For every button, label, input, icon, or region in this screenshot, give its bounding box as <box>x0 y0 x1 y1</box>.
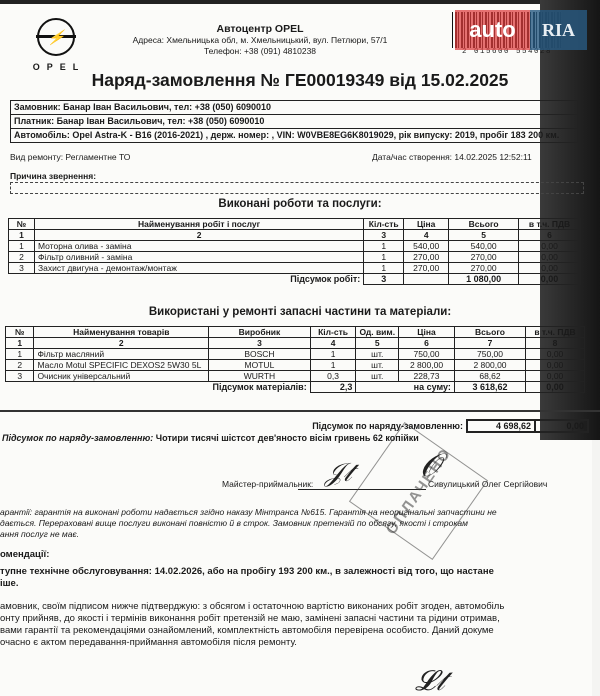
parts-row-cell: BOSCH <box>209 349 311 360</box>
parts-row-cell: 1 <box>310 360 356 371</box>
works-header-row: №Найменування робіт і послугКіл-стьЦінаВ… <box>9 219 581 230</box>
parts-header-row-cell: в т.ч. ПДВ <box>526 327 585 338</box>
works-row-cell: 0,00 <box>519 241 581 252</box>
master-label: Майстер-приймальник: <box>222 479 313 489</box>
watermark-auto: auto <box>455 10 530 50</box>
works-row-cell: Моторна олива - заміна <box>34 241 363 252</box>
works-row-cell: Фільтр оливний - заміна <box>34 252 363 263</box>
parts-header-row-cell: Найменування товарів <box>34 327 209 338</box>
works-header-row-cell: в т.ч. ПДВ <box>519 219 581 230</box>
recommendation-line: тупне технічне обслуговування: 14.02.202… <box>0 566 600 578</box>
document-title: Наряд-замовлення № ГЕ00019349 від 15.02.… <box>0 70 600 91</box>
parts-row-cell: 68,62 <box>454 371 525 382</box>
warranty-line: ання послуг не має. <box>0 529 600 540</box>
parts-sum-label: на суму: <box>356 382 455 393</box>
parts-colnum-row-cell: 5 <box>356 338 399 349</box>
works-total-qty: 3 <box>364 274 404 285</box>
works-header-row-cell: Ціна <box>404 219 449 230</box>
parts-section-title: Використані у ремонті запасні частини та… <box>0 306 600 318</box>
works-colnum-row-cell: 5 <box>449 230 519 241</box>
parts-total-qty: 2,3 <box>310 382 356 393</box>
grand-total-vat: 0,00 <box>535 420 588 432</box>
parts-row-cell: Фільтр масляний <box>34 349 209 360</box>
parts-colnum-row-cell: 4 <box>310 338 356 349</box>
reason-label: Причина звернення: <box>10 171 96 181</box>
parts-row-cell: 750,00 <box>454 349 525 360</box>
parts-row-cell: 2 800,00 <box>399 360 455 371</box>
parts-total-label: Підсумок матеріалів: <box>6 382 311 393</box>
parts-colnum-row-cell: 6 <box>399 338 455 349</box>
works-header-row-cell: Кіл-сть <box>364 219 404 230</box>
company-name: Автоцентр OPEL <box>100 24 420 35</box>
works-header-row-cell: № <box>9 219 35 230</box>
master-signature: 𝒥𝓉 <box>325 458 352 489</box>
works-row-cell: 540,00 <box>404 241 449 252</box>
parts-row-cell: 0,00 <box>526 349 585 360</box>
parts-row-cell: Очисник універсальний <box>34 371 209 382</box>
works-row: 1Моторна олива - заміна1540,00540,000,00 <box>9 241 581 252</box>
grand-total-sum: 4 698,62 <box>467 420 535 432</box>
works-colnum-row-cell: 4 <box>404 230 449 241</box>
works-row-cell: 540,00 <box>449 241 519 252</box>
parts-row-cell: MOTUL <box>209 360 311 371</box>
works-total-sum: 1 080,00 <box>449 274 519 285</box>
works-row-cell: 1 <box>9 241 35 252</box>
works-colnum-row-cell: 6 <box>519 230 581 241</box>
parts-header-row-cell: Ціна <box>399 327 455 338</box>
parts-row-cell: шт. <box>356 349 399 360</box>
works-row-cell: 270,00 <box>404 252 449 263</box>
works-colnum-row: 123456 <box>9 230 581 241</box>
works-colnum-row-cell: 3 <box>364 230 404 241</box>
confirmation-line: амовник, своїм підписом нижче підтверджу… <box>0 601 600 613</box>
parts-row-cell: 750,00 <box>399 349 455 360</box>
warranty-line: дається. Перераховані вище послуги викон… <box>0 518 600 529</box>
works-row: 3Захист двигуна - демонтаж/монтаж1270,00… <box>9 263 581 274</box>
works-row-cell: 1 <box>364 241 404 252</box>
stamp-signature: 𝒪 <box>420 446 440 485</box>
parts-row-cell: 2 <box>6 360 34 371</box>
parts-colnum-row-cell: 8 <box>526 338 585 349</box>
parts-colnum-row-cell: 7 <box>454 338 525 349</box>
total-in-words: Підсумок по наряду-замовленню: Чотири ти… <box>2 433 419 443</box>
customer-line: Замовник: Банар Іван Васильович, тел: +3… <box>11 101 577 115</box>
divider <box>0 410 600 412</box>
works-header-row-cell: Всього <box>449 219 519 230</box>
confirmation-line: вами гарантії та рекомендаціями ознайомл… <box>0 625 600 637</box>
parts-header-row: №Найменування товарівВиробникКіл-стьОд. … <box>6 327 585 338</box>
parts-row-cell: шт. <box>356 360 399 371</box>
works-row-cell: 0,00 <box>519 263 581 274</box>
company-header: Автоцентр OPEL Адреса: Хмельницька обл, … <box>100 24 420 57</box>
parts-colnum-row-cell: 1 <box>6 338 34 349</box>
opel-blitz-icon: ⚡ <box>37 18 75 56</box>
words-label: Підсумок по наряду-замовленню: <box>2 433 153 443</box>
parts-row-cell: 1 <box>6 349 34 360</box>
payer-line: Платник: Банар Іван Васильович, тел: +38… <box>11 115 577 129</box>
parts-row-cell: шт. <box>356 371 399 382</box>
parts-row: 1Фільтр маслянийBOSCH1шт.750,00750,000,0… <box>6 349 585 360</box>
parts-row-cell: 3 <box>6 371 34 382</box>
car-line: Автомобіль: Opel Astra-K - B16 (2016-202… <box>11 129 577 142</box>
parts-row: 3Очисник універсальнийWURTH0,3шт.228,736… <box>6 371 585 382</box>
parts-colnum-row-cell: 2 <box>34 338 209 349</box>
works-row-cell: 270,00 <box>404 263 449 274</box>
parts-row-cell: 228,73 <box>399 371 455 382</box>
parts-row-cell: Масло Motul SPECIFIC DEXOS2 5W30 5L <box>34 360 209 371</box>
works-row-cell: 1 <box>364 263 404 274</box>
words-value: Чотири тисячі шістсот дев'яносто вісім г… <box>156 433 419 443</box>
parts-colnum-row: 12345678 <box>6 338 585 349</box>
opel-logo: ⚡ OPEL <box>20 18 92 72</box>
repair-type: Вид ремонту: Регламентне ТО <box>10 152 130 162</box>
parts-colnum-row-cell: 3 <box>209 338 311 349</box>
works-colnum-row-cell: 1 <box>9 230 35 241</box>
parts-row-cell: 2 800,00 <box>454 360 525 371</box>
grand-total-label: Підсумок по наряду-замовленню: <box>290 420 467 432</box>
works-row-cell: 270,00 <box>449 263 519 274</box>
parts-row-cell: 0,00 <box>526 360 585 371</box>
works-row-cell: 270,00 <box>449 252 519 263</box>
parts-row-cell: 0,00 <box>526 371 585 382</box>
works-row: 2Фільтр оливний - заміна1270,00270,000,0… <box>9 252 581 263</box>
company-phone: Телефон: +38 (091) 4810238 <box>100 46 420 57</box>
parts-total-vat: 0,00 <box>526 382 585 393</box>
warranty-text: арантії: гарантія на виконані роботи над… <box>0 507 600 540</box>
confirmation-line: онту прийняв, до якості і термінів викон… <box>0 613 600 625</box>
grand-total-table: Підсумок по наряду-замовленню: 4 698,62 … <box>290 419 589 433</box>
confirmation-text: амовник, своїм підписом нижче підтверджу… <box>0 601 600 649</box>
parts-total-row: Підсумок матеріалів: 2,3 на суму: 3 618,… <box>6 382 585 393</box>
works-section-title: Виконані роботи та послуги: <box>0 198 600 210</box>
confirmation-line: очасно є актом передавання-приймання авт… <box>0 637 600 649</box>
parts-header-row-cell: Од. вим. <box>356 327 399 338</box>
parts-row: 2Масло Motul SPECIFIC DEXOS2 5W30 5LMOTU… <box>6 360 585 371</box>
works-header-row-cell: Найменування робіт і послуг <box>34 219 363 230</box>
recommendations-text: тупне технічне обслуговування: 14.02.202… <box>0 566 600 590</box>
parts-header-row-cell: Всього <box>454 327 525 338</box>
warranty-line: арантії: гарантія на виконані роботи над… <box>0 507 600 518</box>
recommendation-line: іше. <box>0 578 600 590</box>
parts-row-cell: 1 <box>310 349 356 360</box>
created-datetime: Дата/час створення: 14.02.2025 12:52:11 <box>372 152 532 162</box>
works-total-row: Підсумок робіт: 3 1 080,00 0,00 <box>9 274 581 285</box>
customer-info-box: Замовник: Банар Іван Васильович, тел: +3… <box>10 100 578 143</box>
reason-box <box>10 182 584 194</box>
works-colnum-row-cell: 2 <box>34 230 363 241</box>
company-address: Адреса: Хмельницька обл, м. Хмельницький… <box>100 35 420 46</box>
works-row-cell: Захист двигуна - демонтаж/монтаж <box>34 263 363 274</box>
parts-header-row-cell: Кіл-сть <box>310 327 356 338</box>
works-table: №Найменування робіт і послугКіл-стьЦінаВ… <box>8 218 581 285</box>
works-total-label: Підсумок робіт: <box>9 274 364 285</box>
parts-total-sum: 3 618,62 <box>454 382 525 393</box>
works-total-vat: 0,00 <box>519 274 581 285</box>
parts-row-cell: 0,3 <box>310 371 356 382</box>
watermark-ria: RIA <box>530 10 587 50</box>
recommendations-label: омендації: <box>0 549 600 560</box>
customer-signature: 𝓛𝓉 <box>415 664 445 696</box>
parts-header-row-cell: Виробник <box>209 327 311 338</box>
parts-header-row-cell: № <box>6 327 34 338</box>
works-row-cell: 1 <box>364 252 404 263</box>
works-row-cell: 3 <box>9 263 35 274</box>
parts-table: №Найменування товарівВиробникКіл-стьОд. … <box>5 326 585 393</box>
parts-row-cell: WURTH <box>209 371 311 382</box>
works-row-cell: 2 <box>9 252 35 263</box>
works-row-cell: 0,00 <box>519 252 581 263</box>
